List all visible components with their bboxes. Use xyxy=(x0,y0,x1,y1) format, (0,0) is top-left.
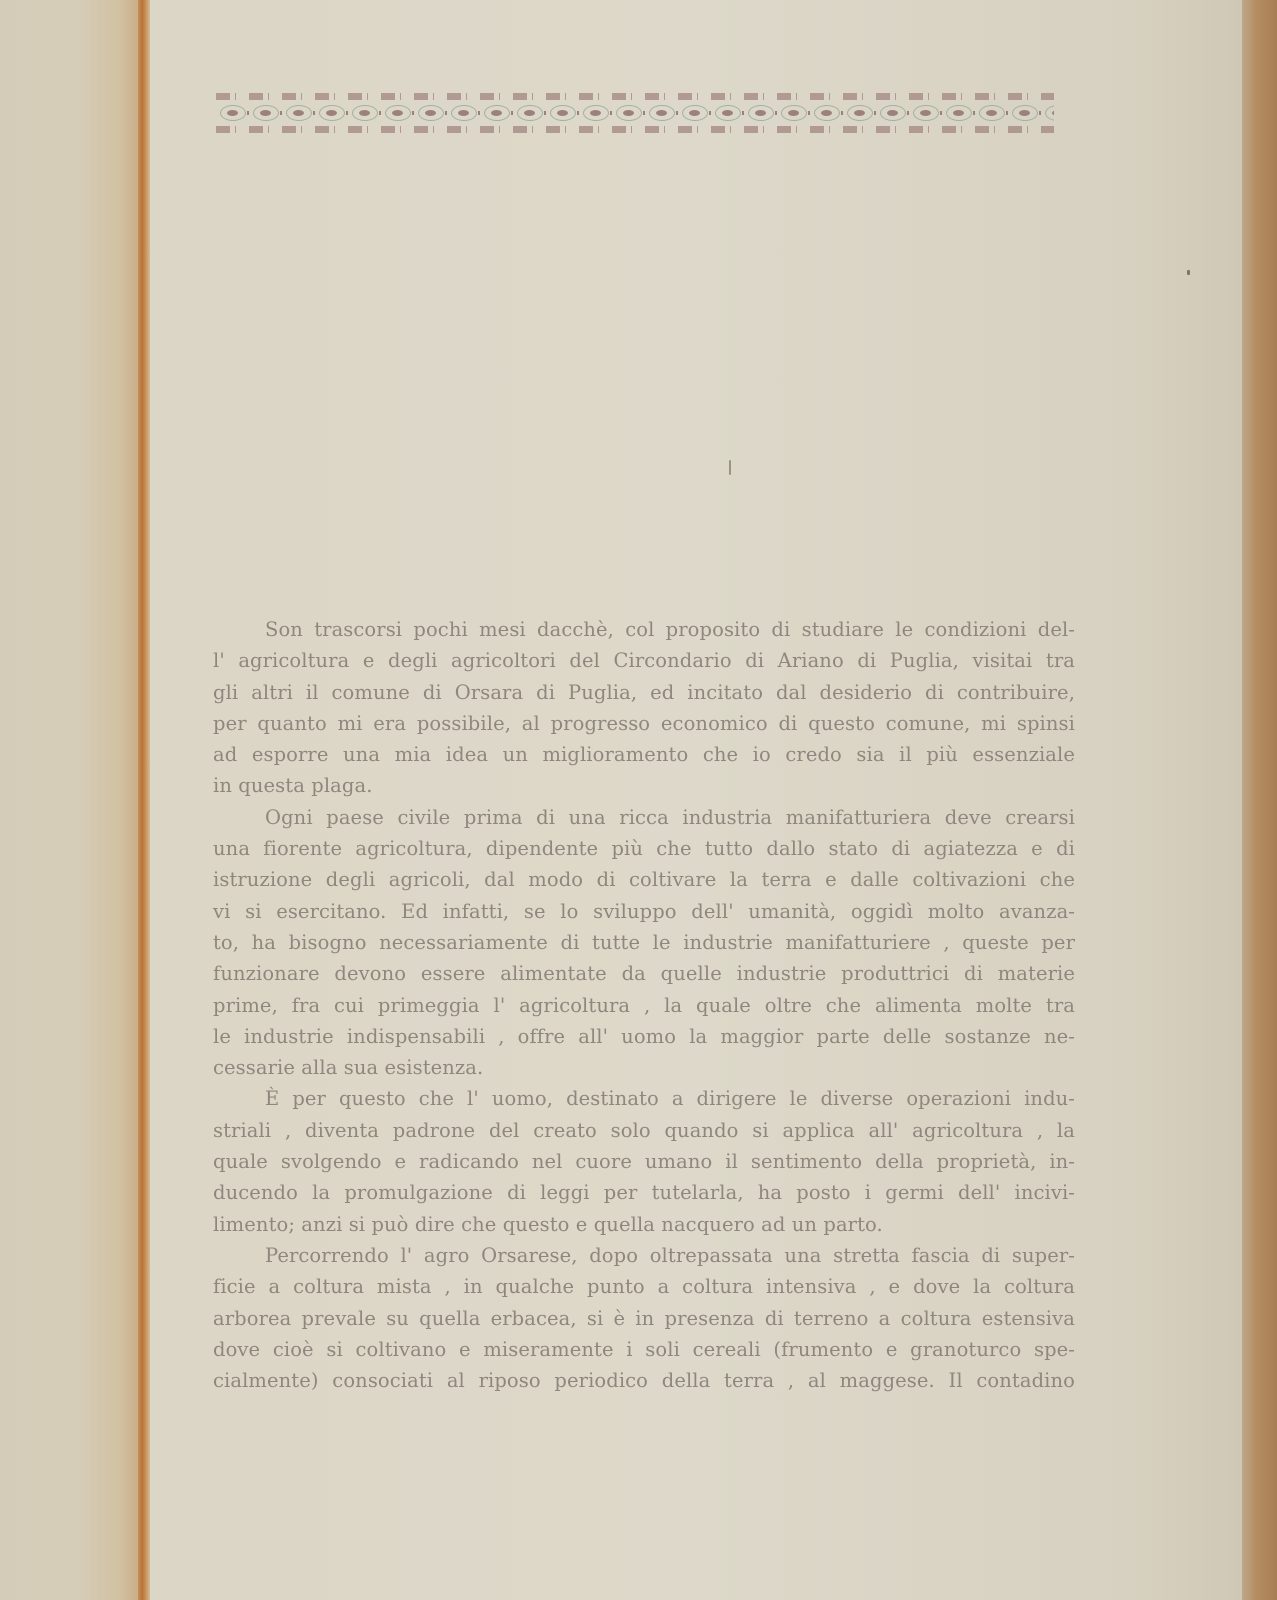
text-line: cessarie alla sua esistenza. xyxy=(213,1052,1075,1083)
text-line: È per questo che l' uomo, destinato a di… xyxy=(213,1083,1075,1114)
ornament-link-icon xyxy=(612,105,645,121)
text-line: per quanto mi era possibile, al progress… xyxy=(213,708,1075,739)
ornament-bottom-border xyxy=(216,126,1054,133)
ornament-link-icon xyxy=(1008,105,1041,121)
text-line: gli altri il comune di Orsara di Puglia,… xyxy=(213,677,1075,708)
ornament-link-icon xyxy=(546,105,579,121)
ornament-chain xyxy=(216,105,1054,121)
text-line: quale svolgendo e radicando nel cuore um… xyxy=(213,1146,1075,1177)
ornament-link-icon xyxy=(942,105,975,121)
ornament-link-icon xyxy=(381,105,414,121)
ornament-link-icon xyxy=(480,105,513,121)
ornament-link-icon xyxy=(447,105,480,121)
paragraph-3: È per questo che l' uomo, destinato a di… xyxy=(213,1083,1075,1239)
text-line: istruzione degli agricoli, dal modo di c… xyxy=(213,864,1075,895)
ornament-link-icon xyxy=(810,105,843,121)
decorative-header-ornament xyxy=(216,93,1054,133)
text-line: Percorrendo l' agro Orsarese, dopo oltre… xyxy=(213,1240,1075,1271)
paper-speck xyxy=(729,460,731,475)
text-line: cialmente) consociati al riposo periodic… xyxy=(213,1365,1075,1396)
ornament-link-icon xyxy=(282,105,315,121)
paragraph-4: Percorrendo l' agro Orsarese, dopo oltre… xyxy=(213,1240,1075,1396)
body-text: Son trascorsi pochi mesi dacchè, col pro… xyxy=(213,614,1075,1396)
ornament-link-icon xyxy=(909,105,942,121)
ornament-link-icon xyxy=(315,105,348,121)
text-line: to, ha bisogno necessariamente di tutte … xyxy=(213,927,1075,958)
text-line: limento; anzi si può dire che questo e q… xyxy=(213,1209,1075,1240)
ornament-link-icon xyxy=(216,105,249,121)
text-line: Ogni paese civile prima di una ricca ind… xyxy=(213,802,1075,833)
paragraph-1: Son trascorsi pochi mesi dacchè, col pro… xyxy=(213,614,1075,802)
ornament-link-icon xyxy=(414,105,447,121)
ornament-link-icon xyxy=(744,105,777,121)
facing-page-left xyxy=(0,0,140,1600)
text-line: arborea prevale su quella erbacea, si è … xyxy=(213,1303,1075,1334)
ornament-link-icon xyxy=(1041,105,1054,121)
text-line: prime, fra cui primeggia l' agricoltura … xyxy=(213,990,1075,1021)
ornament-link-icon xyxy=(876,105,909,121)
ornament-link-icon xyxy=(645,105,678,121)
text-line: Son trascorsi pochi mesi dacchè, col pro… xyxy=(213,614,1075,645)
text-line: ducendo la promulgazione di leggi per tu… xyxy=(213,1177,1075,1208)
text-line: vi si esercitano. Ed infatti, se lo svil… xyxy=(213,896,1075,927)
text-line: striali , diventa padrone del creato sol… xyxy=(213,1115,1075,1146)
text-line: ad esporre una mia idea un miglioramento… xyxy=(213,739,1075,770)
text-line: ficie a coltura mista , in qualche punto… xyxy=(213,1271,1075,1302)
page-right-edge xyxy=(1242,0,1277,1600)
ornament-link-icon xyxy=(843,105,876,121)
ornament-top-border xyxy=(216,93,1054,100)
text-line: una fiorente agricoltura, dipendente più… xyxy=(213,833,1075,864)
ornament-link-icon xyxy=(249,105,282,121)
text-line: funzionare devono essere alimentate da q… xyxy=(213,958,1075,989)
text-line: l' agricoltura e degli agricoltori del C… xyxy=(213,645,1075,676)
ornament-link-icon xyxy=(711,105,744,121)
ornament-link-icon xyxy=(513,105,546,121)
text-line: in questa plaga. xyxy=(213,770,1075,801)
paragraph-2: Ogni paese civile prima di una ricca ind… xyxy=(213,802,1075,1084)
ornament-link-icon xyxy=(678,105,711,121)
text-line: le industrie indispensabili , offre all'… xyxy=(213,1021,1075,1052)
ornament-link-icon xyxy=(348,105,381,121)
ornament-link-icon xyxy=(777,105,810,121)
text-line: dove cioè si coltivano e miseramente i s… xyxy=(213,1334,1075,1365)
ornament-link-icon xyxy=(579,105,612,121)
ornament-link-icon xyxy=(975,105,1008,121)
paper-speck xyxy=(1187,270,1190,275)
